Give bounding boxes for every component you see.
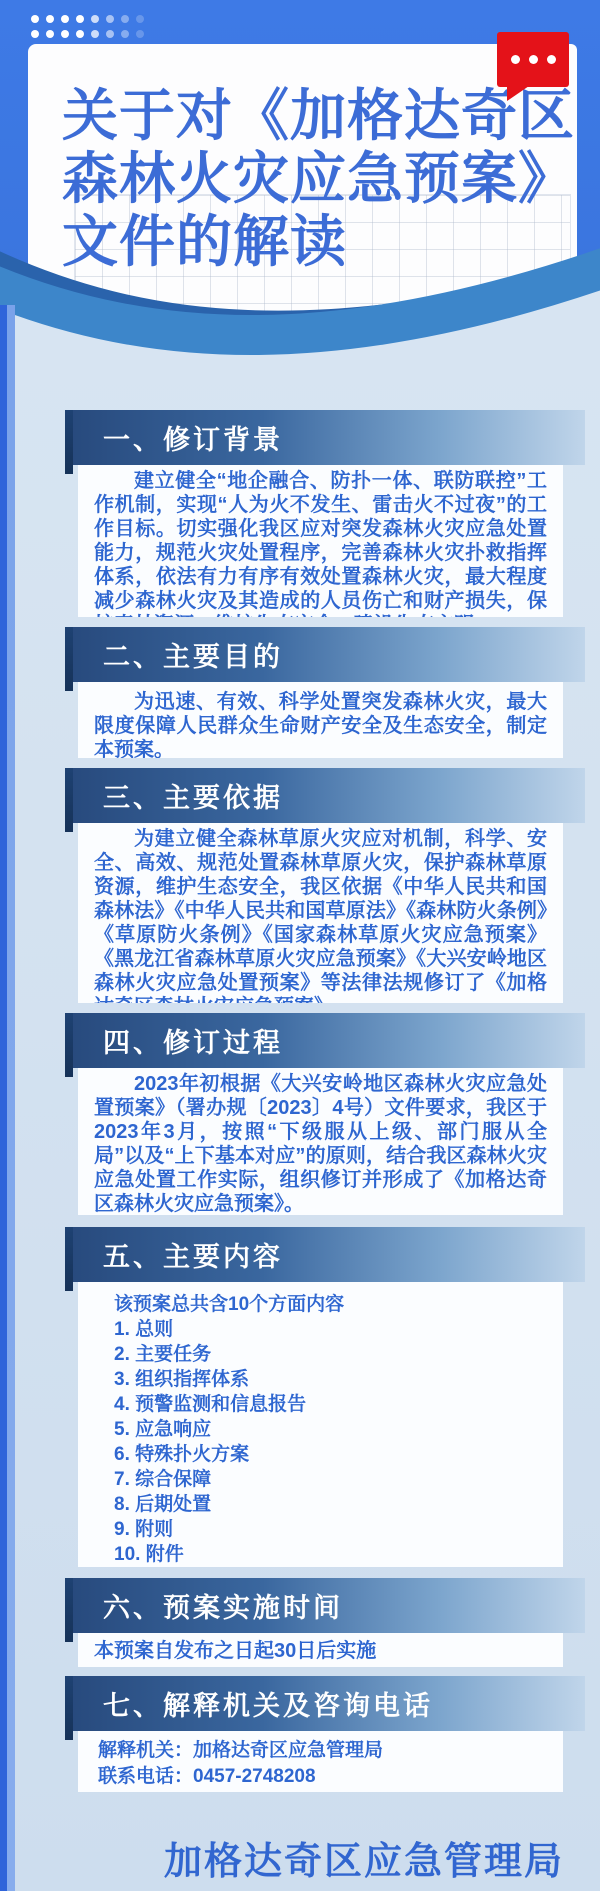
list-item: 9. 附则 [114,1517,547,1542]
list-item: 8. 后期处置 [114,1492,547,1517]
contact-agency: 解释机关：加格达奇区应急管理局 [98,1738,547,1764]
section-heading-7: 七、解释机关及咨询电话 [65,1676,585,1731]
list-item: 3. 组织指挥体系 [114,1367,547,1392]
section-body-1: 建立健全“地企融合、防扑一体、联防联控”工作机制，实现“人为火不发生、雷击火不过… [78,465,563,617]
section-heading-4: 四、修订过程 [65,1013,585,1068]
list-item: 4. 预警监测和信息报告 [114,1392,547,1417]
section-heading-3: 三、主要依据 [65,768,585,823]
list-item: 5. 应急响应 [114,1417,547,1442]
list-item: 7. 综合保障 [114,1467,547,1492]
footer-signature: 加格达奇区应急管理局 [0,1830,564,1885]
section-heading-5: 五、主要内容 [65,1227,585,1282]
list-item: 6. 特殊扑火方案 [114,1442,547,1467]
section-body-2: 为迅速、有效、科学处置突发森林火灾，最大限度保障人民群众生命财产安全及生态安全，… [78,682,563,758]
section-body-5: 该预案总共含10个方面内容 1. 总则 2. 主要任务 3. 组织指挥体系 4.… [78,1282,563,1567]
list-item: 10. 附件 [114,1542,547,1567]
left-stripe-dark [0,305,7,1891]
section-body-4: 2023年初根据《大兴安岭地区森林火灾应急处置预案》（署办规〔2023〕4号）文… [78,1068,563,1215]
sections-container: 一、修订背景 建立健全“地企融合、防扑一体、联防联控”工作机制，实现“人为火不发… [0,0,600,1885]
section-heading-1: 一、修订背景 [65,410,585,465]
left-stripe-light [7,305,15,1891]
section-heading-6: 六、预案实施时间 [65,1578,585,1633]
section-paragraph: 为迅速、有效、科学处置突发森林火灾，最大限度保障人民群众生命财产安全及生态安全，… [94,690,547,758]
section-paragraph: 本预案自发布之日起30日后实施 [94,1639,547,1663]
section-body-3: 为建立健全森林草原火灾应对机制，科学、安全、高效、规范处置森林草原火灾，保护森林… [78,823,563,1003]
list-intro: 该预案总共含10个方面内容 [114,1292,547,1317]
section-body-6: 本预案自发布之日起30日后实施 [78,1633,563,1667]
section-paragraph: 建立健全“地企融合、防扑一体、联防联控”工作机制，实现“人为火不发生、雷击火不过… [94,469,547,617]
section-paragraph: 2023年初根据《大兴安岭地区森林火灾应急处置预案》（署办规〔2023〕4号）文… [94,1072,547,1215]
contact-phone: 联系电话：0457-2748208 [98,1764,547,1790]
list-item: 2. 主要任务 [114,1342,547,1367]
section-heading-2: 二、主要目的 [65,627,585,682]
list-item: 1. 总则 [114,1317,547,1342]
poster-page: 关于对《加格达奇区 森林火灾应急预案》 文件的解读 一、修订背景 建立健全“地企… [0,0,600,1891]
section-body-7: 解释机关：加格达奇区应急管理局 联系电话：0457-2748208 [78,1731,563,1792]
section-paragraph: 为建立健全森林草原火灾应对机制，科学、安全、高效、规范处置森林草原火灾，保护森林… [94,827,547,1003]
